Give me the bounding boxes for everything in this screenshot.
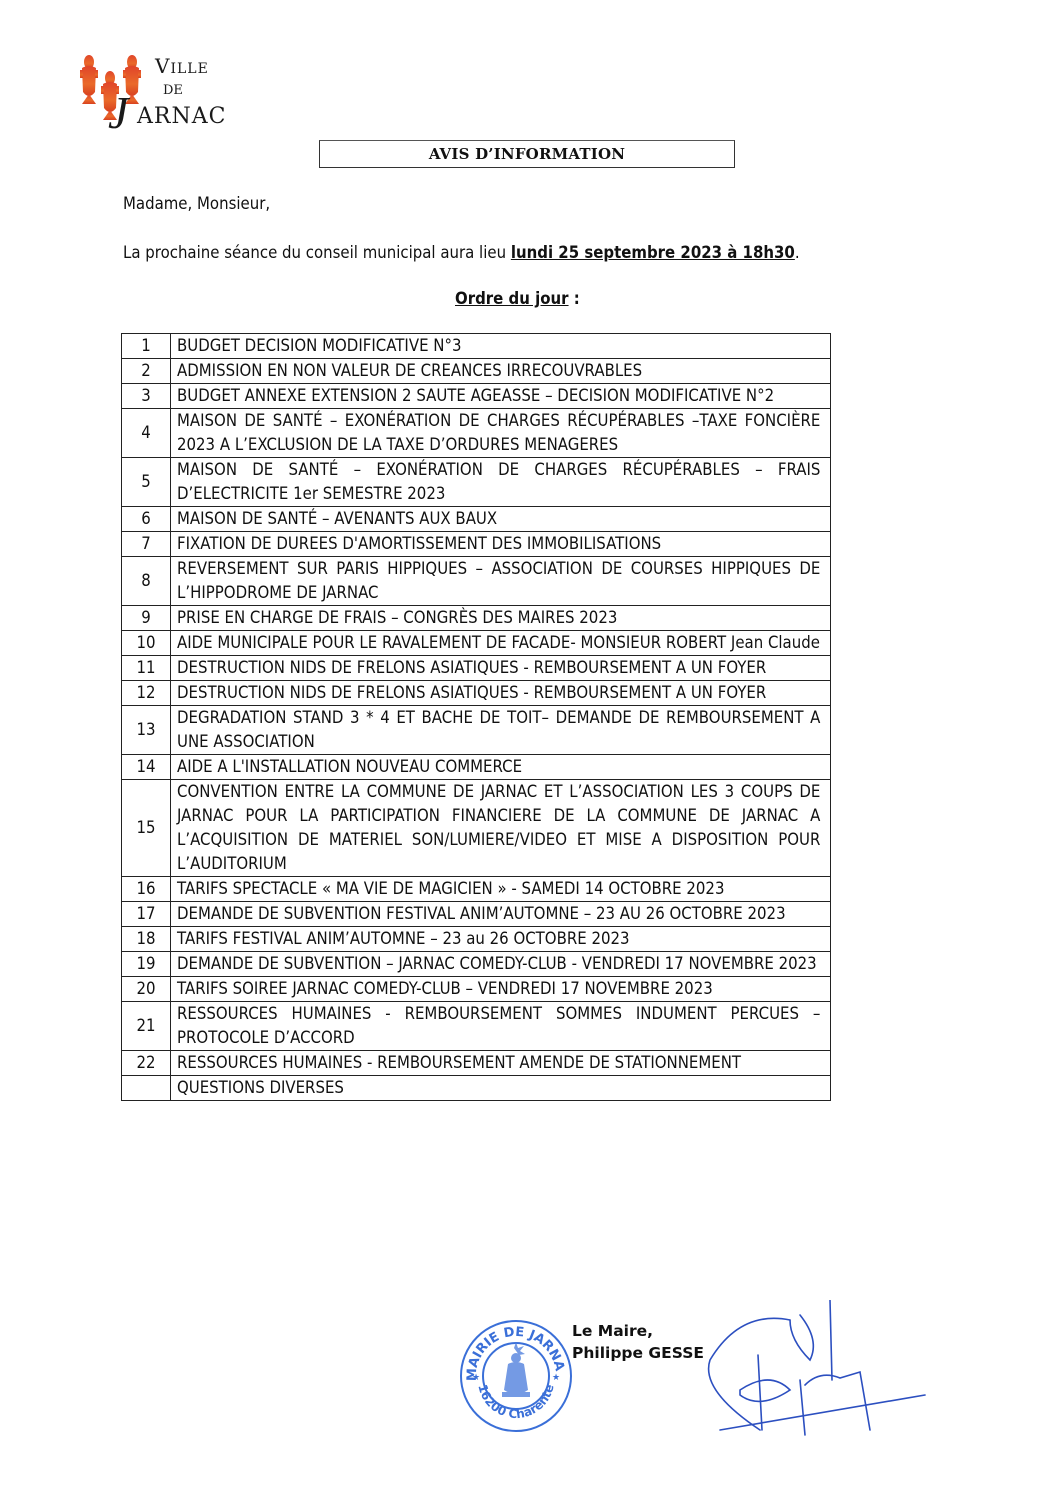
agenda-item-title-text: REVERSEMENT SUR PARIS HIPPIQUES – ASSOCI… [177, 557, 820, 605]
salutation: Madame, Monsieur, [123, 194, 270, 214]
agenda-item-number-text: 19 [125, 952, 167, 976]
handwritten-signature-icon [680, 1300, 940, 1450]
meeting-date: lundi 25 septembre 2023 à 18h30 [511, 243, 795, 263]
agenda-item-number: 17 [122, 902, 171, 927]
agenda-item-title: DEGRADATION STAND 3 * 4 ET BACHE DE TOIT… [171, 706, 831, 755]
agenda-item-number: 21 [122, 1002, 171, 1051]
agenda-row: 12DESTRUCTION NIDS DE FRELONS ASIATIQUES… [122, 681, 831, 706]
logo-text-ville: Ville [155, 54, 209, 78]
agenda-item-title-text: DEMANDE DE SUBVENTION FESTIVAL ANIM’AUTO… [177, 902, 820, 926]
agenda-item-title-text: MAISON DE SANTÉ – EXONÉRATION DE CHARGES… [177, 458, 820, 506]
announcement-suffix: . [795, 243, 800, 263]
agenda-item-number: 12 [122, 681, 171, 706]
agenda-item-title: TARIFS FESTIVAL ANIM’AUTOMNE – 23 au 26 … [171, 927, 831, 952]
agenda-item-number-text: 13 [125, 718, 167, 742]
agenda-item-number-text: 9 [125, 606, 167, 630]
agenda-item-title-text: CONVENTION ENTRE LA COMMUNE DE JARNAC ET… [177, 780, 820, 876]
agenda-item-number: 22 [122, 1051, 171, 1076]
agenda-row: 7FIXATION DE DUREES D'AMORTISSEMENT DES … [122, 532, 831, 557]
agenda-item-number-text: 7 [125, 532, 167, 556]
agenda-item-number: 2 [122, 359, 171, 384]
svg-text:★: ★ [552, 1373, 560, 1383]
agenda-item-title: PRISE EN CHARGE DE FRAIS – CONGRÈS DES M… [171, 606, 831, 631]
agenda-item-number-text: 16 [125, 877, 167, 901]
agenda-item-number: 8 [122, 557, 171, 606]
agenda-item-title: TARIFS SOIREE JARNAC COMEDY-CLUB – VENDR… [171, 977, 831, 1002]
agenda-item-number-text: 12 [125, 681, 167, 705]
town-hall-stamp-icon: MAIRIE DE JARNAC 16200 Charente ★ ★ [458, 1318, 574, 1434]
logo-text-de: de [163, 78, 183, 99]
agenda-item-number-text: 8 [125, 569, 167, 593]
agenda-item-number [122, 1076, 171, 1101]
agenda-row: 14AIDE A L'INSTALLATION NOUVEAU COMMERCE [122, 755, 831, 780]
agenda-row: 17DEMANDE DE SUBVENTION FESTIVAL ANIM’AU… [122, 902, 831, 927]
agenda-row: 16TARIFS SPECTACLE « MA VIE DE MAGICIEN … [122, 877, 831, 902]
agenda-item-title: FIXATION DE DUREES D'AMORTISSEMENT DES I… [171, 532, 831, 557]
agenda-item-number-text: 15 [125, 816, 167, 840]
agenda-item-title-text: RESSOURCES HUMAINES - REMBOURSEMENT AMEN… [177, 1051, 820, 1075]
agenda-item-number-text: 10 [125, 631, 167, 655]
agenda-item-title: RESSOURCES HUMAINES - REMBOURSEMENT AMEN… [171, 1051, 831, 1076]
agenda-row: 21RESSOURCES HUMAINES - REMBOURSEMENT SO… [122, 1002, 831, 1051]
agenda-item-title: BUDGET ANNEXE EXTENSION 2 SAUTE AGEASSE … [171, 384, 831, 409]
logo-text-jarnac: ARNAC [137, 104, 226, 129]
agenda-item-title-text: TARIFS SPECTACLE « MA VIE DE MAGICIEN » … [177, 877, 820, 901]
agenda-row: 18TARIFS FESTIVAL ANIM’AUTOMNE – 23 au 2… [122, 927, 831, 952]
agenda-item-number-text: 4 [125, 421, 167, 445]
agenda-item-title-text: ADMISSION EN NON VALEUR DE CREANCES IRRE… [177, 359, 820, 383]
agenda-item-number: 1 [122, 334, 171, 359]
agenda-item-number-text: 2 [125, 359, 167, 383]
agenda-row: 6MAISON DE SANTÉ – AVENANTS AUX BAUX [122, 507, 831, 532]
notice-title: AVIS D’INFORMATION [429, 145, 625, 163]
agenda-row: 3BUDGET ANNEXE EXTENSION 2 SAUTE AGEASSE… [122, 384, 831, 409]
agenda-heading: Ordre du jour : [455, 289, 580, 309]
agenda-item-number-text: 5 [125, 470, 167, 494]
agenda-item-title: AIDE MUNICIPALE POUR LE RAVALEMENT DE FA… [171, 631, 831, 656]
agenda-item-number: 4 [122, 409, 171, 458]
agenda-item-number: 10 [122, 631, 171, 656]
agenda-item-number-text: 17 [125, 902, 167, 926]
agenda-item-number-text: 20 [125, 977, 167, 1001]
agenda-item-title-text: MAISON DE SANTÉ – AVENANTS AUX BAUX [177, 507, 820, 531]
agenda-item-title: QUESTIONS DIVERSES [171, 1076, 831, 1101]
agenda-item-title-text: RESSOURCES HUMAINES - REMBOURSEMENT SOMM… [177, 1002, 820, 1050]
agenda-heading-text: Ordre du jour [455, 289, 569, 309]
agenda-item-title-text: QUESTIONS DIVERSES [177, 1076, 820, 1100]
agenda-item-title: DESTRUCTION NIDS DE FRELONS ASIATIQUES -… [171, 681, 831, 706]
agenda-item-number: 18 [122, 927, 171, 952]
agenda-row: 10AIDE MUNICIPALE POUR LE RAVALEMENT DE … [122, 631, 831, 656]
agenda-row: QUESTIONS DIVERSES [122, 1076, 831, 1101]
announcement-prefix: La prochaine séance du conseil municipal… [123, 243, 511, 263]
agenda-item-title-text: MAISON DE SANTÉ – EXONÉRATION DE CHARGES… [177, 409, 820, 457]
agenda-item-title: MAISON DE SANTÉ – EXONÉRATION DE CHARGES… [171, 409, 831, 458]
agenda-item-title: ADMISSION EN NON VALEUR DE CREANCES IRRE… [171, 359, 831, 384]
agenda-item-title: CONVENTION ENTRE LA COMMUNE DE JARNAC ET… [171, 780, 831, 877]
agenda-item-title-text: TARIFS SOIREE JARNAC COMEDY-CLUB – VENDR… [177, 977, 820, 1001]
agenda-item-title-text: BUDGET DECISION MODIFICATIVE N°3 [177, 334, 820, 358]
agenda-item-number-text: 21 [125, 1014, 167, 1038]
agenda-item-number-text: 1 [125, 334, 167, 358]
agenda-item-number-text: 3 [125, 384, 167, 408]
agenda-row: 22RESSOURCES HUMAINES - REMBOURSEMENT AM… [122, 1051, 831, 1076]
agenda-item-number: 19 [122, 952, 171, 977]
agenda-row: 19DEMANDE DE SUBVENTION – JARNAC COMEDY-… [122, 952, 831, 977]
agenda-item-number-text: 18 [125, 927, 167, 951]
agenda-item-number: 15 [122, 780, 171, 877]
agenda-item-title: TARIFS SPECTACLE « MA VIE DE MAGICIEN » … [171, 877, 831, 902]
notice-title-box: AVIS D’INFORMATION [319, 140, 735, 168]
agenda-row: 8REVERSEMENT SUR PARIS HIPPIQUES – ASSOC… [122, 557, 831, 606]
agenda-item-title-text: PRISE EN CHARGE DE FRAIS – CONGRÈS DES M… [177, 606, 820, 630]
agenda-row: 20TARIFS SOIREE JARNAC COMEDY-CLUB – VEN… [122, 977, 831, 1002]
agenda-heading-colon: : [569, 289, 580, 309]
agenda-item-title: DEMANDE DE SUBVENTION FESTIVAL ANIM’AUTO… [171, 902, 831, 927]
agenda-item-title-text: DEMANDE DE SUBVENTION – JARNAC COMEDY-CL… [177, 952, 820, 976]
agenda-item-title: AIDE A L'INSTALLATION NOUVEAU COMMERCE [171, 755, 831, 780]
agenda-row: 5MAISON DE SANTÉ – EXONÉRATION DE CHARGE… [122, 458, 831, 507]
agenda-item-number: 3 [122, 384, 171, 409]
agenda-item-number: 13 [122, 706, 171, 755]
agenda-item-number: 7 [122, 532, 171, 557]
agenda-row: 2ADMISSION EN NON VALEUR DE CREANCES IRR… [122, 359, 831, 384]
agenda-item-title-text: AIDE A L'INSTALLATION NOUVEAU COMMERCE [177, 755, 820, 779]
agenda-item-title: MAISON DE SANTÉ – AVENANTS AUX BAUX [171, 507, 831, 532]
agenda-item-title-text: BUDGET ANNEXE EXTENSION 2 SAUTE AGEASSE … [177, 384, 820, 408]
agenda-item-title-text: TARIFS FESTIVAL ANIM’AUTOMNE – 23 au 26 … [177, 927, 820, 951]
agenda-item-title-text: DESTRUCTION NIDS DE FRELONS ASIATIQUES -… [177, 681, 820, 705]
agenda-item-number-text: 22 [125, 1051, 167, 1075]
agenda-item-number-text: 11 [125, 656, 167, 680]
agenda-item-title-text: DESTRUCTION NIDS DE FRELONS ASIATIQUES -… [177, 656, 820, 680]
agenda-item-title: BUDGET DECISION MODIFICATIVE N°3 [171, 334, 831, 359]
agenda-item-title: DEMANDE DE SUBVENTION – JARNAC COMEDY-CL… [171, 952, 831, 977]
agenda-item-title: RESSOURCES HUMAINES - REMBOURSEMENT SOMM… [171, 1002, 831, 1051]
agenda-item-number: 16 [122, 877, 171, 902]
agenda-item-title-text: AIDE MUNICIPALE POUR LE RAVALEMENT DE FA… [177, 631, 820, 655]
agenda-row: 15CONVENTION ENTRE LA COMMUNE DE JARNAC … [122, 780, 831, 877]
agenda-row: 4MAISON DE SANTÉ – EXONÉRATION DE CHARGE… [122, 409, 831, 458]
agenda-item-number: 20 [122, 977, 171, 1002]
agenda-item-number-text: 6 [125, 507, 167, 531]
agenda-item-number: 6 [122, 507, 171, 532]
agenda-row: 9PRISE EN CHARGE DE FRAIS – CONGRÈS DES … [122, 606, 831, 631]
agenda-row: 11DESTRUCTION NIDS DE FRELONS ASIATIQUES… [122, 656, 831, 681]
agenda-table: 1BUDGET DECISION MODIFICATIVE N°32ADMISS… [121, 333, 831, 1101]
agenda-item-number: 9 [122, 606, 171, 631]
agenda-item-title-text: DEGRADATION STAND 3 * 4 ET BACHE DE TOIT… [177, 706, 820, 754]
agenda-item-number: 11 [122, 656, 171, 681]
agenda-item-title: MAISON DE SANTÉ – EXONÉRATION DE CHARGES… [171, 458, 831, 507]
agenda-row: 1BUDGET DECISION MODIFICATIVE N°3 [122, 334, 831, 359]
agenda-row: 13DEGRADATION STAND 3 * 4 ET BACHE DE TO… [122, 706, 831, 755]
svg-text:★: ★ [472, 1373, 480, 1383]
agenda-item-title: REVERSEMENT SUR PARIS HIPPIQUES – ASSOCI… [171, 557, 831, 606]
agenda-item-title: DESTRUCTION NIDS DE FRELONS ASIATIQUES -… [171, 656, 831, 681]
agenda-item-number-text: 14 [125, 755, 167, 779]
agenda-item-number: 14 [122, 755, 171, 780]
meeting-announcement: La prochaine séance du conseil municipal… [123, 243, 800, 263]
agenda-item-number: 5 [122, 458, 171, 507]
logo-text-j: J [108, 90, 128, 136]
agenda-item-title-text: FIXATION DE DUREES D'AMORTISSEMENT DES I… [177, 532, 820, 556]
